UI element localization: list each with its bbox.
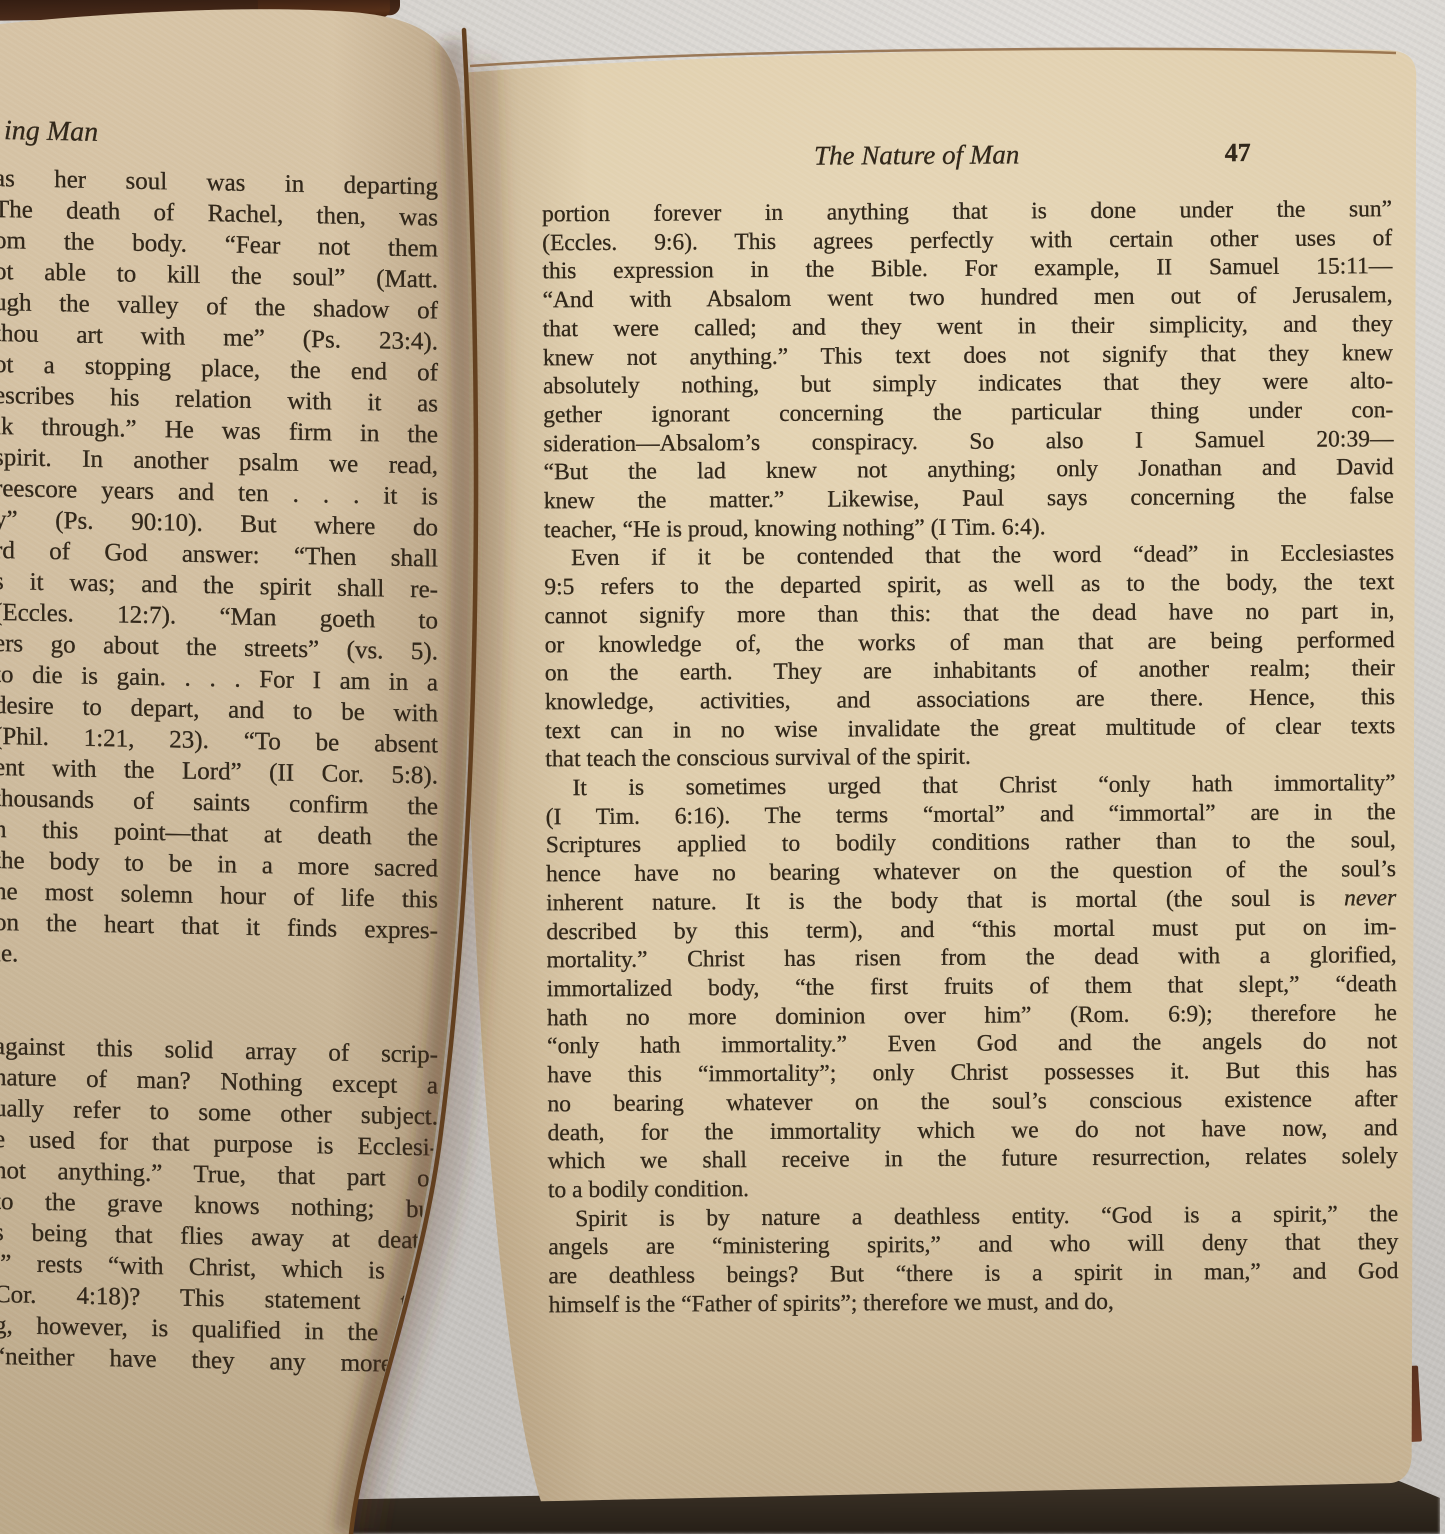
text-line: are deathless beings? But “there is a sp… — [548, 1257, 1398, 1291]
text-line: that were called; and they went in their… — [543, 310, 1393, 344]
paragraph-gap — [0, 969, 438, 1040]
text-line: gether ignorant concerning the particula… — [543, 396, 1393, 430]
text-line: no bearing whatever on the soul’s consci… — [547, 1085, 1397, 1119]
left-page-text: as her soul was in departingThe death of… — [0, 163, 438, 1381]
text-line: himself is the “Father of spirits”; ther… — [549, 1286, 1399, 1320]
text-line: cannot signify more than this: that the … — [544, 597, 1394, 631]
text-line: which we shall receive in the future res… — [548, 1142, 1398, 1176]
right-page-text: portion forever in anything that is done… — [542, 195, 1399, 1320]
text-line: text can in no wise invalidate the great… — [545, 712, 1395, 746]
open-book-photo: The Nature of Man 47 portion forever in … — [0, 0, 1445, 1534]
text-line: inherent nature. It is the body that is … — [546, 884, 1396, 918]
text-line: knew the matter.” Likewise, Paul says co… — [544, 482, 1394, 516]
left-running-head: ing Man — [4, 115, 98, 149]
right-running-head: The Nature of Man — [557, 138, 1277, 173]
page-number: 47 — [1225, 138, 1251, 168]
